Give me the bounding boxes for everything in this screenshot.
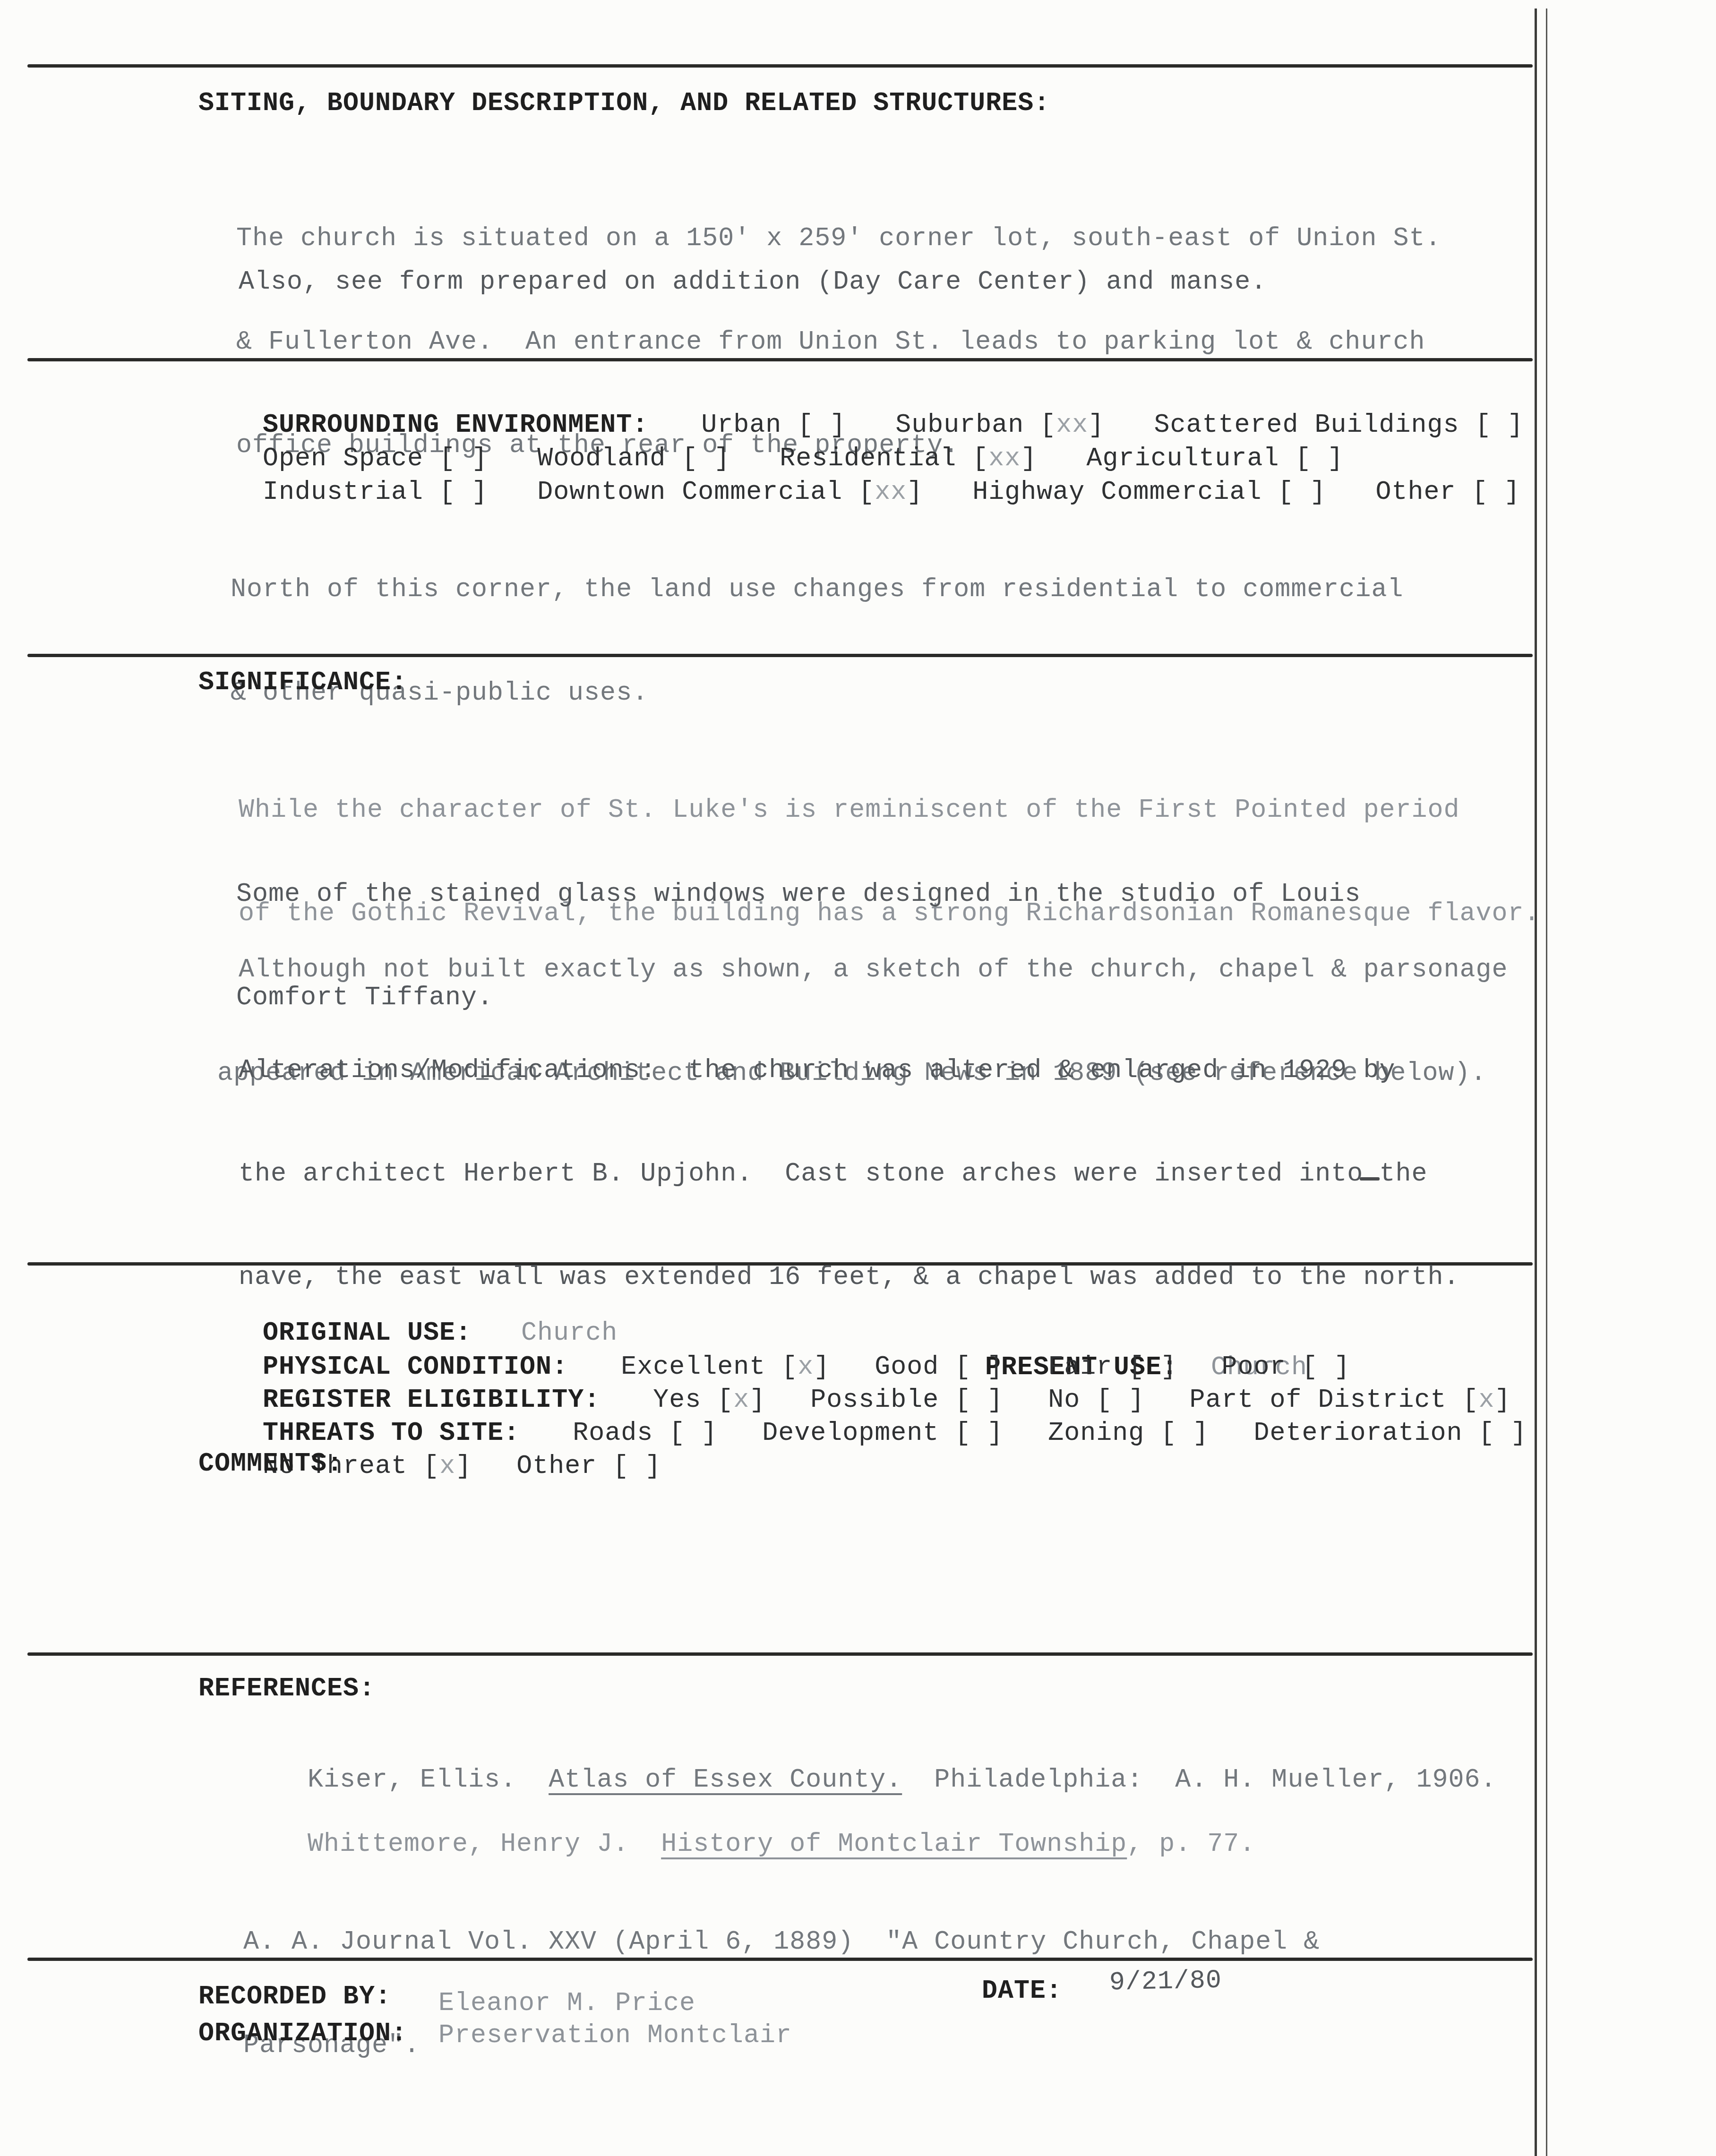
checkbox-checked: [x]: [423, 1451, 472, 1481]
siting-note: Also, see form prepared on addition (Day…: [239, 265, 1267, 299]
checkbox-mark: [1495, 1418, 1511, 1448]
stray-pen-mark: [1360, 1177, 1380, 1181]
checkbox-empty: [ ]: [1278, 477, 1326, 507]
organization-value: Preservation Montclair: [438, 2018, 792, 2053]
field-other: Other [ ]: [1376, 477, 1520, 507]
field-industrial: Industrial [ ]: [263, 477, 488, 507]
organization-label: ORGANIZATION:: [198, 2016, 407, 2051]
paragraph-line: The church is situated on a 150' x 259' …: [236, 221, 1441, 256]
reference-author: Kiser, Ellis.: [308, 1765, 549, 1795]
field-label: Deterioration: [1253, 1418, 1462, 1448]
checkbox-empty: [ ]: [613, 1451, 661, 1481]
checkbox-mark: [455, 477, 472, 507]
checkbox-mark: [1294, 477, 1310, 507]
checkbox-empty: [ ]: [1160, 1418, 1209, 1448]
field-label: Highway Commercial: [972, 477, 1261, 507]
field-deterioration: Deterioration [ ]: [1253, 1418, 1527, 1448]
paragraph-line: the architect Herbert B. Upjohn. Cast st…: [239, 1156, 1459, 1191]
threats-choices: Roads [ ]Development [ ]Zoning [ ]Deteri…: [573, 1418, 1571, 1448]
siting-heading: SITING, BOUNDARY DESCRIPTION, AND RELATE…: [198, 86, 1050, 120]
field-highway-commercial: Highway Commercial [ ]: [972, 477, 1326, 507]
field-label: Other: [516, 1451, 597, 1481]
page-edge-line: [1546, 9, 1547, 2156]
checkbox-mark: [1176, 1418, 1193, 1448]
paragraph-line: Alterations/Modifications: the church wa…: [239, 1053, 1459, 1087]
checkbox-empty: [ ]: [1476, 410, 1524, 440]
reference-detail: , p. 77.: [1127, 1829, 1255, 1859]
date-label: DATE:: [982, 1974, 1062, 2008]
paragraph-line: A. A. Journal Vol. XXV (April 6, 1889) "…: [243, 1925, 1320, 1959]
field-development: Development [ ]: [762, 1418, 1003, 1448]
field-label: Other: [1376, 477, 1456, 507]
date-value: 9/21/80: [1109, 1963, 1222, 2000]
checkbox-mark: xx: [875, 477, 907, 507]
section-divider: [27, 64, 1533, 68]
field-label: Industrial: [263, 477, 423, 507]
checkbox-empty: [ ]: [955, 1418, 1003, 1448]
checkbox-mark: [629, 1451, 645, 1481]
comments-label: COMMENTS:: [198, 1446, 343, 1481]
checkbox-mark: [1492, 410, 1508, 440]
field-label: Development: [762, 1418, 939, 1448]
paragraph-line: & Fullerton Ave. An entrance from Union …: [236, 325, 1441, 359]
page-edge-line: [1535, 9, 1537, 2156]
field-label: Downtown Commercial: [537, 477, 842, 507]
reference-title-underlined: History of Montclair Township: [661, 1829, 1127, 1859]
checkbox-empty: [ ]: [439, 477, 488, 507]
field-downtown-commercial: Downtown Commercial [xx]: [537, 477, 923, 507]
paragraph-line: North of this corner, the land use chang…: [231, 572, 1403, 607]
paragraph-line: Although not built exactly as shown, a s…: [239, 952, 1508, 987]
significance-heading: SIGNIFICANCE:: [198, 665, 407, 700]
checkbox-mark: [971, 1418, 987, 1448]
scanned-survey-form-page: SITING, BOUNDARY DESCRIPTION, AND RELATE…: [0, 0, 1716, 2156]
checkbox-mark: [1488, 477, 1504, 507]
reference-detail: Philadelphia: A. H. Mueller, 1906.: [902, 1765, 1496, 1795]
section-divider: [27, 1652, 1533, 1656]
checkbox-checked: [xx]: [858, 477, 923, 507]
field-label: Zoning: [1048, 1418, 1144, 1448]
env-choices-row-3: Industrial [ ]Downtown Commercial [xx]Hi…: [263, 477, 1570, 507]
recorded-by-label: RECORDED BY:: [198, 1979, 391, 2014]
checkbox-mark: x: [439, 1451, 455, 1481]
reference-author: Whittemore, Henry J.: [308, 1829, 661, 1859]
field-other: Other [ ]: [516, 1451, 661, 1481]
checkbox-empty: [ ]: [1472, 477, 1520, 507]
references-heading: REFERENCES:: [198, 1671, 375, 1706]
reference-title-underlined: Atlas of Essex County.: [549, 1765, 902, 1795]
field-zoning: Zoning [ ]: [1048, 1418, 1209, 1448]
checkbox-empty: [ ]: [1479, 1418, 1527, 1448]
recorded-by-value: Eleanor M. Price: [438, 1986, 695, 2020]
